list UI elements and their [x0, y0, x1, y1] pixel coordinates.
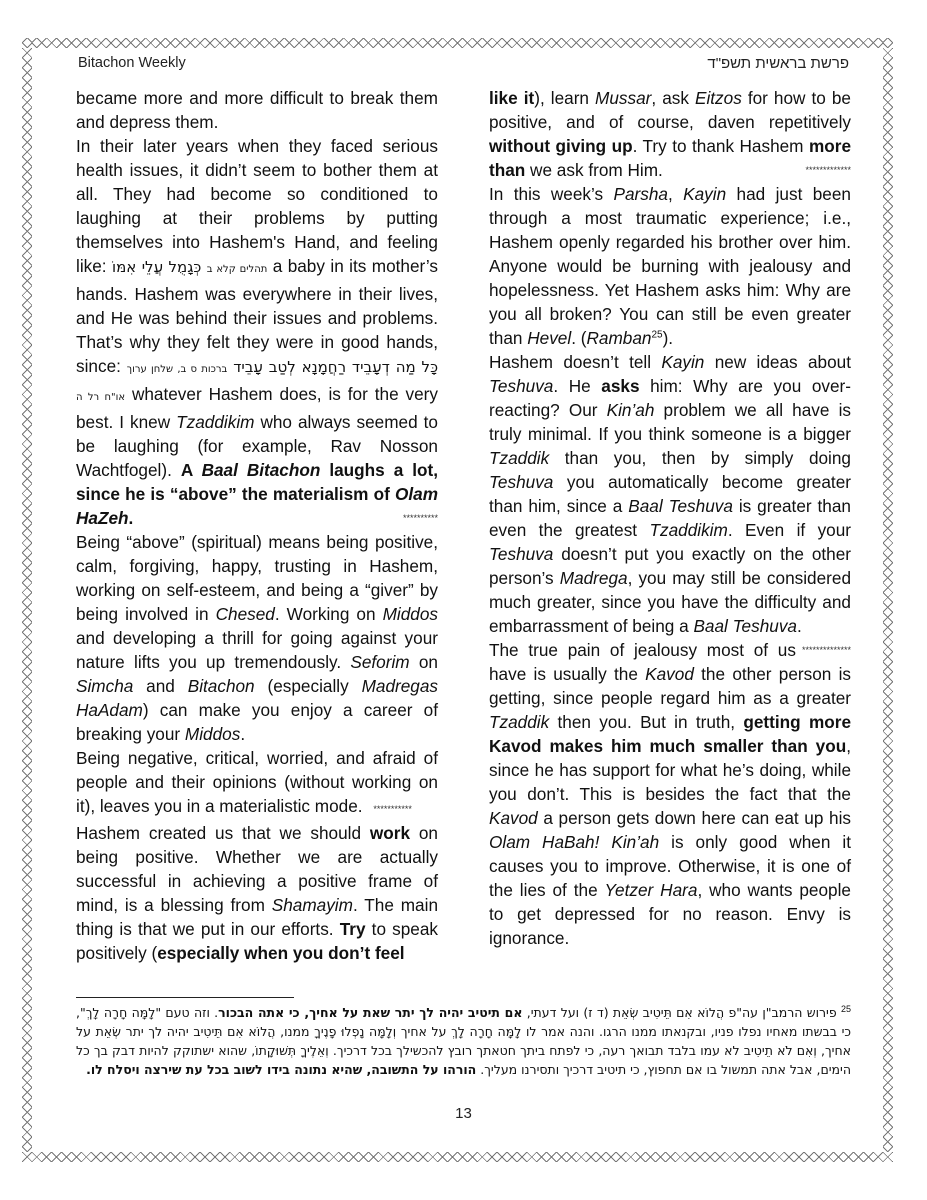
paragraph: In their later years when they faced ser…: [76, 134, 438, 530]
text: . He: [553, 376, 601, 396]
page-number: 13: [0, 1105, 927, 1122]
italic-term: Kavod: [645, 664, 694, 684]
text: ).: [663, 328, 674, 348]
text: new ideas about: [704, 352, 851, 372]
footnote-number: 25: [841, 1004, 851, 1014]
paragraph: The true pain of jealousy most of us hav…: [489, 638, 851, 950]
text: In their later years when they faced ser…: [76, 136, 438, 276]
text: we ask from Him.: [525, 160, 663, 180]
text: פירוש הרמב"ן עה"פ הֲלוֹא אִם תֵּיטִיב שְ…: [522, 1005, 841, 1020]
footnote-separator: [76, 997, 294, 998]
italic-term: Yetzer Hara: [605, 880, 698, 900]
right-column: like it), learn Mussar, ask Eitzos for h…: [489, 86, 851, 950]
text: became more and more difficult to break …: [76, 88, 438, 132]
italic-term: Shamayim: [272, 895, 353, 915]
italic-term: Tzaddik: [489, 712, 549, 732]
italic-term: Chesed: [216, 604, 275, 624]
paragraph: Hashem created us that we should work on…: [76, 821, 438, 965]
italic-term: Baal Teshuva: [693, 616, 797, 636]
text: . (: [571, 328, 586, 348]
paragraph: In this week’s Parsha, Kayin had just be…: [489, 182, 851, 350]
paragraph: like it), learn Mussar, ask Eitzos for h…: [489, 86, 851, 182]
publication-title: Bitachon Weekly: [78, 55, 186, 71]
paragraph: Being negative, critical, worried, and a…: [76, 746, 438, 821]
bold-text: like it: [489, 88, 534, 108]
italic-term: Tzaddikim: [176, 412, 254, 432]
italic-term: Kayin: [683, 184, 726, 204]
italic-term: Olam HaBah! Kin’ah: [489, 832, 659, 852]
italic-term: Middos: [185, 724, 240, 744]
italic-term: Simcha: [76, 676, 133, 696]
italic-term: Seforim: [350, 652, 409, 672]
italic-term: Baal Bitachon: [202, 460, 321, 480]
text: than you, then by simply doing: [549, 448, 851, 468]
text: . Working on: [275, 604, 383, 624]
italic-term: Mussar: [595, 88, 651, 108]
italic-term: Tzaddikim: [649, 520, 727, 540]
italic-term: Kavod: [489, 808, 538, 828]
bold-text: asks: [601, 376, 639, 396]
section-separator: ***********: [367, 804, 412, 814]
text: Hashem created us that we should: [76, 823, 370, 843]
source-citation: תהלים קלא ב: [207, 264, 268, 275]
text: Hashem doesn’t tell: [489, 352, 661, 372]
parsha-header: פרשת בראשית תשפ"ד: [707, 55, 849, 72]
bold-text: אם תיטיב יהיה לך יתר שאת על אחיך, כי אתה…: [218, 1005, 522, 1020]
text: . Try to thank Hashem: [633, 136, 809, 156]
paragraph: Hashem doesn’t tell Kayin new ideas abou…: [489, 350, 851, 638]
paragraph: became more and more difficult to break …: [76, 86, 438, 134]
italic-term: Teshuva: [489, 544, 553, 564]
text: In this week’s: [489, 184, 614, 204]
italic-term: Teshuva: [489, 472, 553, 492]
italic-term: Middos: [383, 604, 438, 624]
italic-term: Parsha: [614, 184, 668, 204]
italic-term: Madrega: [560, 568, 628, 588]
text: .: [240, 724, 245, 744]
text: ), learn: [534, 88, 595, 108]
bold-text: הורהו על התשובה, שהיא נתונה בידו לשוב בכ…: [86, 1062, 476, 1077]
section-separator: **************: [796, 638, 851, 662]
section-separator: **********: [397, 506, 438, 530]
text: and: [133, 676, 187, 696]
text: , ask: [651, 88, 695, 108]
italic-term: Tzaddik: [489, 448, 549, 468]
section-separator: *************: [799, 158, 851, 182]
text: (especially: [255, 676, 362, 696]
text: A: [181, 460, 202, 480]
bold-text: especially when you don’t feel: [157, 943, 404, 963]
text: . Even if your: [728, 520, 851, 540]
text: .: [797, 616, 802, 636]
text: on: [410, 652, 438, 672]
hebrew-quote: כָּל מַה דְעָבֵיד רַחֲמָנָא לְטַב עָבֵיד: [233, 358, 438, 376]
left-column: became more and more difficult to break …: [76, 86, 438, 965]
text: ,: [668, 184, 683, 204]
text: .: [129, 508, 134, 528]
text: had just been through a most traumatic e…: [489, 184, 851, 348]
text: then you. But in truth,: [549, 712, 743, 732]
italic-term: Teshuva: [489, 376, 553, 396]
footnote: 25 פירוש הרמב"ן עה"פ הֲלוֹא אִם תֵּיטִיב…: [76, 1003, 851, 1079]
italic-term: Hevel: [527, 328, 571, 348]
bold-text: without giving up: [489, 136, 633, 156]
italic-term: Kin’ah: [607, 400, 655, 420]
italic-term: Eitzos: [695, 88, 742, 108]
footnote-reference[interactable]: 25: [651, 329, 662, 340]
bold-text: Try: [340, 919, 366, 939]
italic-term: Bitachon: [188, 676, 255, 696]
text: a person gets down here can eat up his: [538, 808, 851, 828]
italic-term: Ramban: [586, 328, 651, 348]
bold-text: work: [370, 823, 410, 843]
italic-term: Baal Teshuva: [628, 496, 733, 516]
italic-term: Kayin: [661, 352, 704, 372]
hebrew-quote: כְּגָמֻל עֲלֵי אִמּוֹ: [112, 258, 201, 276]
paragraph: Being “above” (spiritual) means being po…: [76, 530, 438, 746]
